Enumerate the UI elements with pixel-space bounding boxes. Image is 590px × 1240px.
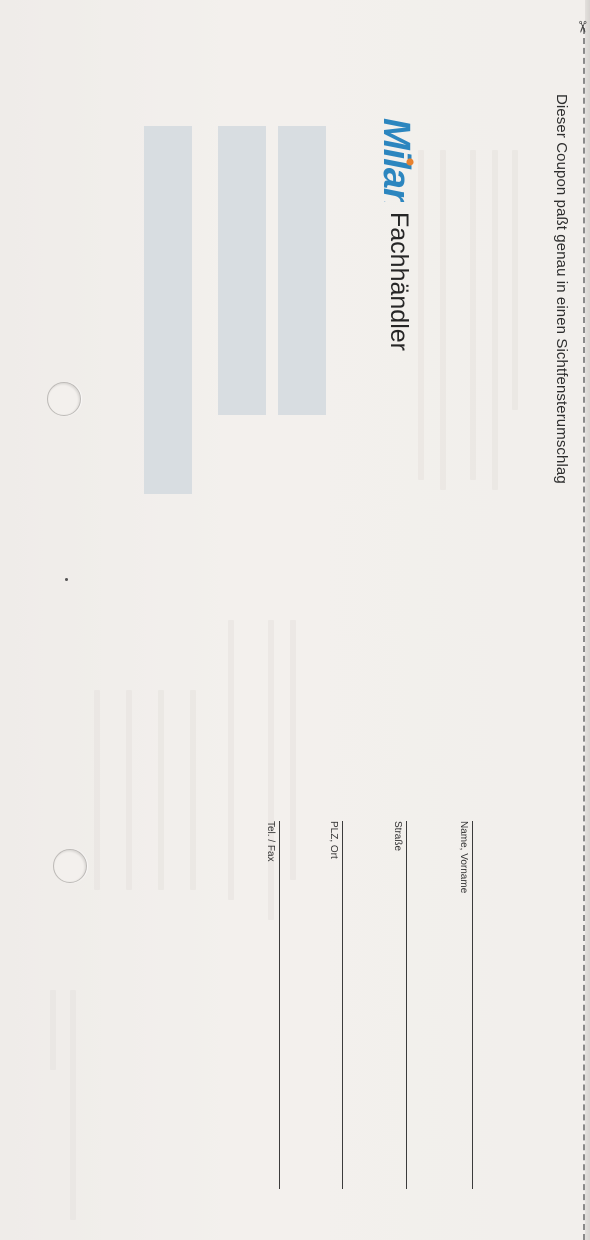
street-field-label: Straße [392,821,403,851]
address-bar [218,126,266,415]
name-field[interactable] [472,821,474,1189]
punch-hole [53,849,87,883]
showthrough-line [158,690,164,890]
showthrough-line [290,620,296,880]
showthrough-line [190,690,196,890]
paper-edge [585,0,590,1240]
coupon-paper: ✂ Dieser Coupon paßt genau in einen Sich… [0,0,590,1240]
showthrough-line [50,990,56,1070]
showthrough-line [470,150,476,480]
envelope-note: Dieser Coupon paßt genau in einen Sichtf… [553,94,570,484]
punch-hole [47,382,81,416]
postcode-city-field-label: PLZ, Ort [328,821,339,859]
perforation-line [583,28,585,1240]
milan-logo: Milan [376,118,416,202]
brand-suffix: Fachhändler [384,212,413,351]
showthrough-line [512,150,518,410]
street-field[interactable] [406,821,408,1189]
showthrough-line [418,150,424,480]
showthrough-line [228,620,234,900]
postcode-city-field[interactable] [342,821,344,1189]
address-bar [144,126,192,494]
showthrough-line [94,690,100,890]
dust-speck [65,578,68,581]
name-field-label: Name, Vorname [458,821,469,893]
showthrough-line [492,150,498,490]
showthrough-line [268,620,274,920]
showthrough-line [70,990,76,1220]
showthrough-line [440,150,446,490]
showthrough-line [126,690,132,890]
scissors-icon: ✂ [570,20,590,34]
phone-fax-field[interactable] [279,821,281,1189]
phone-fax-field-label: Tel. / Fax [265,821,276,862]
address-bar [278,126,326,415]
